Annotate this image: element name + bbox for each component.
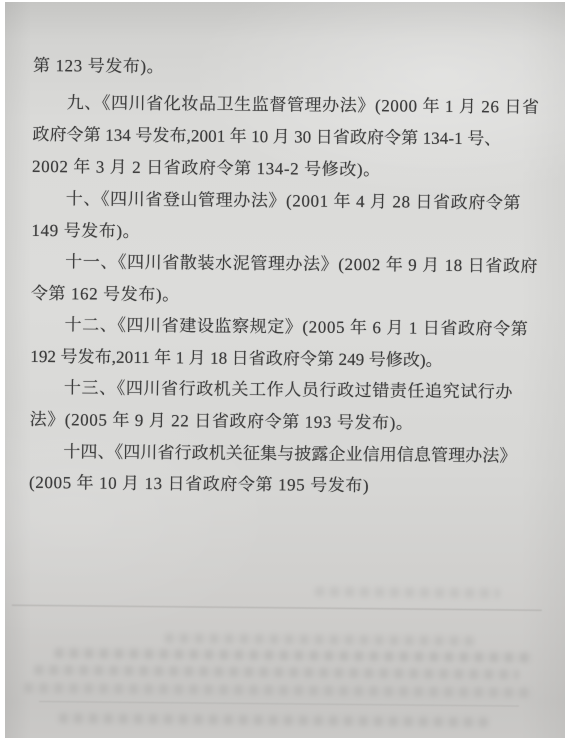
- text-line-1: 第 123 号发布)。: [33, 54, 538, 83]
- show-through-ghost: [165, 633, 475, 646]
- text-line-3: 政府令第 134 号发布,2001 年 10 月 30 日省政府令第 134-1…: [32, 123, 537, 152]
- show-through-ghost: [315, 587, 500, 599]
- text-line-11: 十三、《四川省行政机关工作人员行政过错责任追究试行办: [30, 376, 565, 405]
- show-through-ghost: [59, 713, 489, 727]
- text-line-9: 十二、《四川省建设监察规定》(2005 年 6 月 1 日省政府令第: [30, 313, 565, 342]
- text-line-10: 192 号发布,2011 年 1 月 18 日省政府令第 249 号修改)。: [30, 345, 535, 374]
- show-through-ghost: [54, 648, 534, 663]
- text-line-12: 法》(2005 年 9 月 22 日省政府令第 193 号发布)。: [30, 408, 535, 437]
- text-line-13: 十四、《四川省行政机关征集与披露企业信用信息管理办法》: [29, 440, 565, 469]
- show-through-ghost: [24, 683, 534, 698]
- show-through-ghost: [34, 665, 519, 680]
- text-line-6: 149 号发布)。: [31, 219, 536, 248]
- document-page: 第 123 号发布)。 九、《四川省化妆品卫生监督管理办法》(2000 年 1 …: [5, 2, 565, 738]
- text-line-8: 令第 162 号发布)。: [31, 282, 536, 311]
- paper-crease: [12, 605, 542, 611]
- text-line-5: 十、《四川省登山管理办法》(2001 年 4 月 28 日省政府令第: [32, 187, 565, 216]
- text-line-4: 2002 年 3 月 2 日省政府令第 134-2 号修改)。: [32, 155, 537, 184]
- paper-crease: [39, 701, 519, 707]
- text-line-7: 十一、《四川省散装水泥管理办法》(2002 年 9 月 18 日省政府: [31, 250, 565, 279]
- text-line-2: 九、《四川省化妆品卫生监督管理办法》(2000 年 1 月 26 日省: [33, 91, 565, 120]
- scan-skew-layer: 第 123 号发布)。 九、《四川省化妆品卫生监督管理办法》(2000 年 1 …: [0, 2, 565, 743]
- text-line-14: (2005 年 10 月 13 日省政府令第 195 号发布): [29, 471, 534, 500]
